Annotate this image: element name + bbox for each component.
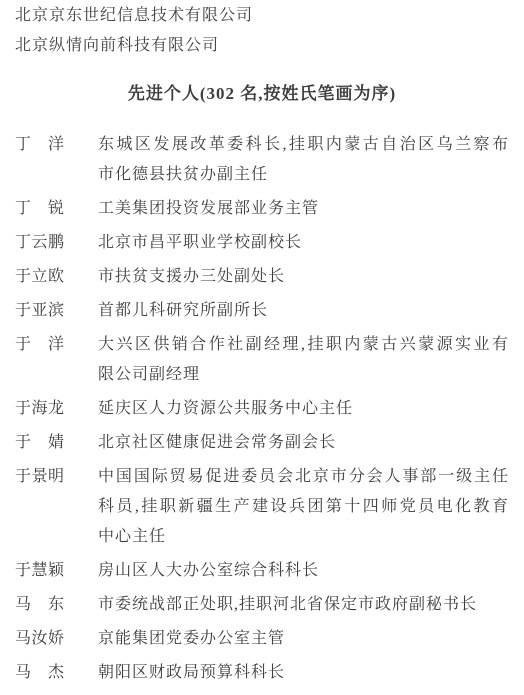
description-line: 市委统战部正处职,挂职河北省保定市政府副秘书长 [98, 590, 509, 620]
awardee-entry: 马 杰 朝阳区财政局预算科科长 [15, 658, 509, 688]
description-line: 工美集团投资发展部业务主管 [98, 194, 509, 224]
awardee-description: 北京市昌平职业学校副校长 [98, 228, 509, 258]
description-line: 中国国际贸易促进委员会北京市分会人事部一级主任 [98, 462, 509, 492]
awardee-name: 丁云鹏 [15, 228, 67, 258]
description-line: 延庆区人力资源公共服务中心主任 [98, 394, 509, 424]
description-line: 科员,挂职新疆生产建设兵团第十四师党员电化教育 [98, 492, 509, 522]
awardee-entry: 马 东 市委统战部正处职,挂职河北省保定市政府副秘书长 [15, 590, 509, 620]
description-line: 京能集团党委办公室主管 [98, 624, 509, 654]
description-line: 北京市昌平职业学校副校长 [98, 228, 509, 258]
company-name: 北京京东世纪信息技术有限公司 [15, 1, 509, 31]
company-name: 北京纵情向前科技有限公司 [15, 31, 509, 61]
awardee-name: 于 婧 [15, 428, 67, 458]
awardee-name: 于立欧 [15, 262, 67, 292]
awardee-description: 首都儿科研究所副所长 [98, 296, 509, 326]
awardee-name: 马 东 [15, 590, 67, 620]
description-line: 朝阳区财政局预算科科长 [98, 658, 509, 688]
description-line: 大兴区供销合作社副经理,挂职内蒙古兴蒙源实业有 [98, 330, 509, 360]
awardee-name: 丁 锐 [15, 194, 67, 224]
awardee-name: 丁 洋 [15, 130, 67, 160]
awardee-entry: 于 洋 大兴区供销合作社副经理,挂职内蒙古兴蒙源实业有 限公司副经理 [15, 330, 509, 390]
awardee-description: 房山区人大办公室综合科科长 [98, 556, 509, 586]
awardee-description: 朝阳区财政局预算科科长 [98, 658, 509, 688]
awardee-entry: 于景明 中国国际贸易促进委员会北京市分会人事部一级主任 科员,挂职新疆生产建设兵… [15, 462, 509, 552]
awardee-entry: 丁 锐 工美集团投资发展部业务主管 [15, 194, 509, 224]
awardee-entry: 于慧颖 房山区人大办公室综合科科长 [15, 556, 509, 586]
description-line: 市扶贫支援办三处副处长 [98, 262, 509, 292]
awardee-name: 于 洋 [15, 330, 67, 360]
description-line: 北京社区健康促进会常务副会长 [98, 428, 509, 458]
description-line: 限公司副经理 [98, 360, 509, 390]
awardee-entry: 于海龙 延庆区人力资源公共服务中心主任 [15, 394, 509, 424]
awardee-description: 大兴区供销合作社副经理,挂职内蒙古兴蒙源实业有 限公司副经理 [98, 330, 509, 390]
awardee-name: 于慧颖 [15, 556, 67, 586]
awardee-description: 市委统战部正处职,挂职河北省保定市政府副秘书长 [98, 590, 509, 620]
awardee-entry: 于亚滨 首都儿科研究所副所长 [15, 296, 509, 326]
awardee-list: 丁 洋 东城区发展改革委科长,挂职内蒙古自治区乌兰察布 市化德县扶贫办副主任 丁… [15, 130, 509, 688]
awardee-description: 京能集团党委办公室主管 [98, 624, 509, 654]
document-page: 北京京东世纪信息技术有限公司 北京纵情向前科技有限公司 先进个人(302 名,按… [0, 0, 524, 695]
awardee-entry: 马汝娇 京能集团党委办公室主管 [15, 624, 509, 654]
awardee-entry: 丁云鹏 北京市昌平职业学校副校长 [15, 228, 509, 258]
description-line: 中心主任 [98, 522, 509, 552]
awardee-description: 北京社区健康促进会常务副会长 [98, 428, 509, 458]
section-heading: 先进个人(302 名,按姓氏笔画为序) [15, 79, 509, 109]
description-line: 首都儿科研究所副所长 [98, 296, 509, 326]
awardee-name: 于海龙 [15, 394, 67, 424]
awardee-name: 于景明 [15, 462, 67, 492]
awardee-name: 马汝娇 [15, 624, 67, 654]
description-line: 市化德县扶贫办副主任 [98, 160, 509, 190]
awardee-description: 延庆区人力资源公共服务中心主任 [98, 394, 509, 424]
description-line: 房山区人大办公室综合科科长 [98, 556, 509, 586]
awardee-name: 于亚滨 [15, 296, 67, 326]
awardee-description: 东城区发展改革委科长,挂职内蒙古自治区乌兰察布 市化德县扶贫办副主任 [98, 130, 509, 190]
awardee-description: 中国国际贸易促进委员会北京市分会人事部一级主任 科员,挂职新疆生产建设兵团第十四… [98, 462, 509, 552]
awardee-name: 马 杰 [15, 658, 67, 688]
awardee-entry: 于立欧 市扶贫支援办三处副处长 [15, 262, 509, 292]
awardee-entry: 丁 洋 东城区发展改革委科长,挂职内蒙古自治区乌兰察布 市化德县扶贫办副主任 [15, 130, 509, 190]
company-list: 北京京东世纪信息技术有限公司 北京纵情向前科技有限公司 [15, 1, 509, 61]
awardee-description: 工美集团投资发展部业务主管 [98, 194, 509, 224]
awardee-entry: 于 婧 北京社区健康促进会常务副会长 [15, 428, 509, 458]
awardee-description: 市扶贫支援办三处副处长 [98, 262, 509, 292]
description-line: 东城区发展改革委科长,挂职内蒙古自治区乌兰察布 [98, 130, 509, 160]
